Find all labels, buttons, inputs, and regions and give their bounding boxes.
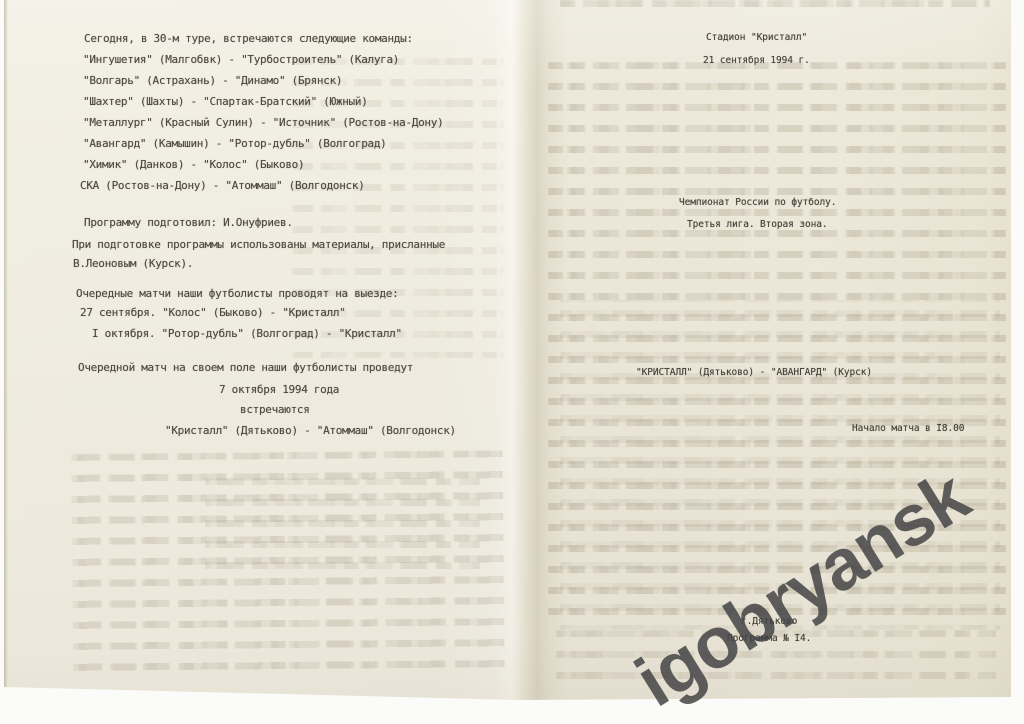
booklet-spread: Сегодня, в 30-м туре, встречаются следую… [0,0,1024,724]
away-matches-header: Очередные матчи наши футболисты проводят… [76,287,398,300]
scanned-programme-photo: Сегодня, в 30-м туре, встречаются следую… [0,0,1024,724]
intro-line: Сегодня, в 30-м туре, встречаются следую… [84,32,413,45]
kickoff-line: Начало матча в I8.00 [852,423,964,434]
fixture-line: "Волгарь" (Астрахань) - "Динамо" (Брянск… [83,74,342,87]
away-match-line: 27 сентября. "Колос" (Быково) - "Кристал… [80,306,346,319]
fixture-line: "Химик" (Данков) - "Колос" (Быково) [83,158,304,171]
credits-line: Программу подготовил: И.Онуфриев. [84,216,293,229]
credits-line: При подготовке программы использованы ма… [72,238,445,251]
away-match-line: I октября. "Ротор-дубль" (Волгоград) - "… [92,327,402,340]
home-announce-line: Очередной матч на своем поле наши футбол… [78,361,413,374]
fixture-line: "Ингушетия" (Малгобвк) - "Турбостроитель… [83,53,399,66]
home-match-line: "Кристалл" (Дятьково) - "Атоммаш" (Волго… [165,424,456,437]
fixture-line: "Авангард" (Камышин) - "Ротор-дубль" (Во… [83,137,386,150]
fixture-line: "Металлург" (Красный Сулин) - "Источник"… [83,116,443,129]
match-title-line: "КРИСТАЛЛ" (Дятьково) - "АВАНГАРД" (Курс… [636,367,872,378]
championship-line: Чемпионат России по футболу. [679,197,836,208]
fixture-line: СКА (Ростов-на-Дону) - "Атоммаш" (Волгод… [80,179,365,192]
fixture-line: "Шахтер" (Шахты) - "Спартак-Братский" (Ю… [83,95,368,108]
home-announce-line: встречаются [240,403,310,416]
bleed-through-texture [560,0,990,8]
league-line: Третья лига. Вторая зона. [687,219,828,230]
credits-line: В.Леоновым (Курск). [73,257,193,270]
bleed-through-texture [205,478,480,570]
stadium-line: Стадион "Кристалл" [706,32,807,43]
match-date-line: 21 сентября 1994 г. [703,55,810,66]
home-match-date: 7 октября 1994 года [219,383,339,396]
